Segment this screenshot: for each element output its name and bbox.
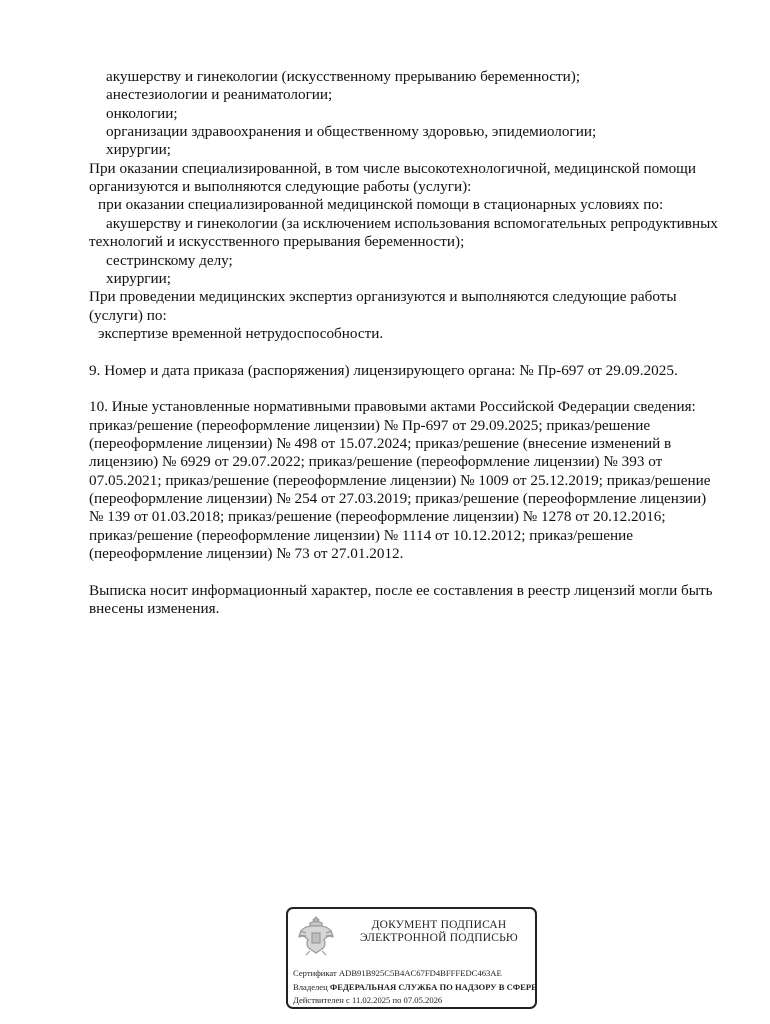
text-line: (услуги) по: bbox=[89, 307, 167, 325]
text-line: онкологии; bbox=[106, 105, 178, 123]
text-line: хирургии; bbox=[106, 270, 171, 288]
text-line: экспертизе временной нетрудоспособности. bbox=[98, 325, 383, 343]
owner-row: Владелец ФЕДЕРАЛЬНАЯ СЛУЖБА ПО НАДЗОРУ В… bbox=[293, 982, 537, 992]
document-page: акушерству и гинекологии (искусственному… bbox=[0, 0, 770, 1024]
text-line: При оказании специализированной, в том ч… bbox=[89, 160, 696, 178]
text-line: при оказании специализированной медицинс… bbox=[98, 196, 663, 214]
stamp-title: ДОКУМЕНТ ПОДПИСАН ЭЛЕКТРОННОЙ ПОДПИСЬЮ bbox=[344, 919, 534, 945]
text-line: (переоформление лицензии) № 254 от 27.03… bbox=[89, 490, 706, 508]
certificate-value: ADB91B925C5B4AC67FD4BFFFEDC463AE bbox=[339, 968, 502, 978]
text-line: 9. Номер и дата приказа (распоряжения) л… bbox=[89, 362, 678, 380]
text-line: приказ/решение (переоформление лицензии)… bbox=[89, 417, 650, 435]
text-line: (переоформление лицензии) № 498 от 15.07… bbox=[89, 435, 671, 453]
text-line: внесены изменения. bbox=[89, 600, 219, 618]
text-line: лицензию) № 6929 от 29.07.2022; приказ/р… bbox=[89, 453, 662, 471]
text-line: организуются и выполняются следующие раб… bbox=[89, 178, 471, 196]
validity-row: Действителен с 11.02.2025 по 07.05.2026 bbox=[293, 995, 442, 1005]
text-line: технологий и искусственного прерывания б… bbox=[89, 233, 464, 251]
russian-coat-of-arms-icon bbox=[296, 913, 336, 957]
text-line: № 139 от 01.03.2018; приказ/решение (пер… bbox=[89, 508, 666, 526]
text-line: акушерству и гинекологии (за исключением… bbox=[106, 215, 718, 233]
text-line: акушерству и гинекологии (искусственному… bbox=[106, 68, 580, 86]
text-line: (переоформление лицензии) № 73 от 27.01.… bbox=[89, 545, 403, 563]
text-line: При проведении медицинских экспертиз орг… bbox=[89, 288, 677, 306]
certificate-row: Сертификат ADB91B925C5B4AC67FD4BFFFEDC46… bbox=[293, 968, 502, 978]
text-line: Выписка носит информационный характер, п… bbox=[89, 582, 713, 600]
text-line: хирургии; bbox=[106, 141, 171, 159]
text-line: сестринскому делу; bbox=[106, 252, 233, 270]
text-line: организации здравоохранения и общественн… bbox=[106, 123, 596, 141]
text-line: приказ/решение (переоформление лицензии)… bbox=[89, 527, 633, 545]
owner-value: ФЕДЕРАЛЬНАЯ СЛУЖБА ПО НАДЗОРУ В СФЕРЕ ЗД… bbox=[330, 982, 537, 992]
text-line: 10. Иные установленные нормативными прав… bbox=[89, 398, 696, 416]
text-line: 07.05.2021; приказ/решение (переоформлен… bbox=[89, 472, 710, 490]
text-line: анестезиологии и реаниматологии; bbox=[106, 86, 332, 104]
electronic-signature-stamp: ДОКУМЕНТ ПОДПИСАН ЭЛЕКТРОННОЙ ПОДПИСЬЮ С… bbox=[286, 907, 537, 1009]
